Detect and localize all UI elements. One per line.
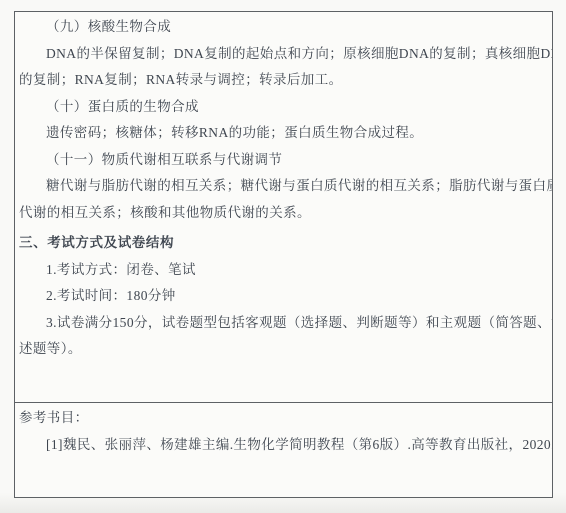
references-heading: 参考书目： <box>19 405 548 432</box>
text-line: （十一）物质代谢相互联系与代谢调节 <box>19 147 548 174</box>
text-line: 2.考试时间：180分钟 <box>19 283 548 310</box>
section-heading-line: 三、考试方式及试卷结构 <box>19 230 548 257</box>
text-line: 1.考试方式：闭卷、笔试 <box>19 257 548 284</box>
text-line: （九）核酸生物合成 <box>19 14 548 41</box>
text-line: （十）蛋白质的生物合成 <box>19 94 548 121</box>
text-line: 的复制；RNA复制；RNA转录与调控；转录后加工。 <box>19 67 548 94</box>
text-line: 3.试卷满分150分，试卷题型包括客观题（选择题、判断题等）和主观题（简答题、论 <box>19 310 548 337</box>
document-page: （九）核酸生物合成DNA的半保留复制；DNA复制的起始点和方向；原核细胞DNA的… <box>0 0 566 513</box>
text-line: 代谢的相互关系；核酸和其他物质代谢的关系。 <box>19 200 548 227</box>
document-body: （九）核酸生物合成DNA的半保留复制；DNA复制的起始点和方向；原核细胞DNA的… <box>15 12 552 402</box>
text-line: 述题等）。 <box>19 336 548 363</box>
text-line: 糖代谢与脂肪代谢的相互关系；糖代谢与蛋白质代谢的相互关系；脂肪代谢与蛋白质 <box>19 173 548 200</box>
references-section: 参考书目： [1]魏民、张丽萍、杨建雄主编.生物化学简明教程（第6版）.高等教育… <box>15 402 552 497</box>
text-line: DNA的半保留复制；DNA复制的起始点和方向；原核细胞DNA的复制；真核细胞DN… <box>19 41 548 68</box>
text-line: 遗传密码；核糖体；转移RNA的功能；蛋白质生物合成过程。 <box>19 120 548 147</box>
document-border-box: （九）核酸生物合成DNA的半保留复制；DNA复制的起始点和方向；原核细胞DNA的… <box>14 11 553 498</box>
reference-entry: [1]魏民、张丽萍、杨建雄主编.生物化学简明教程（第6版）.高等教育出版社，20… <box>19 432 548 459</box>
